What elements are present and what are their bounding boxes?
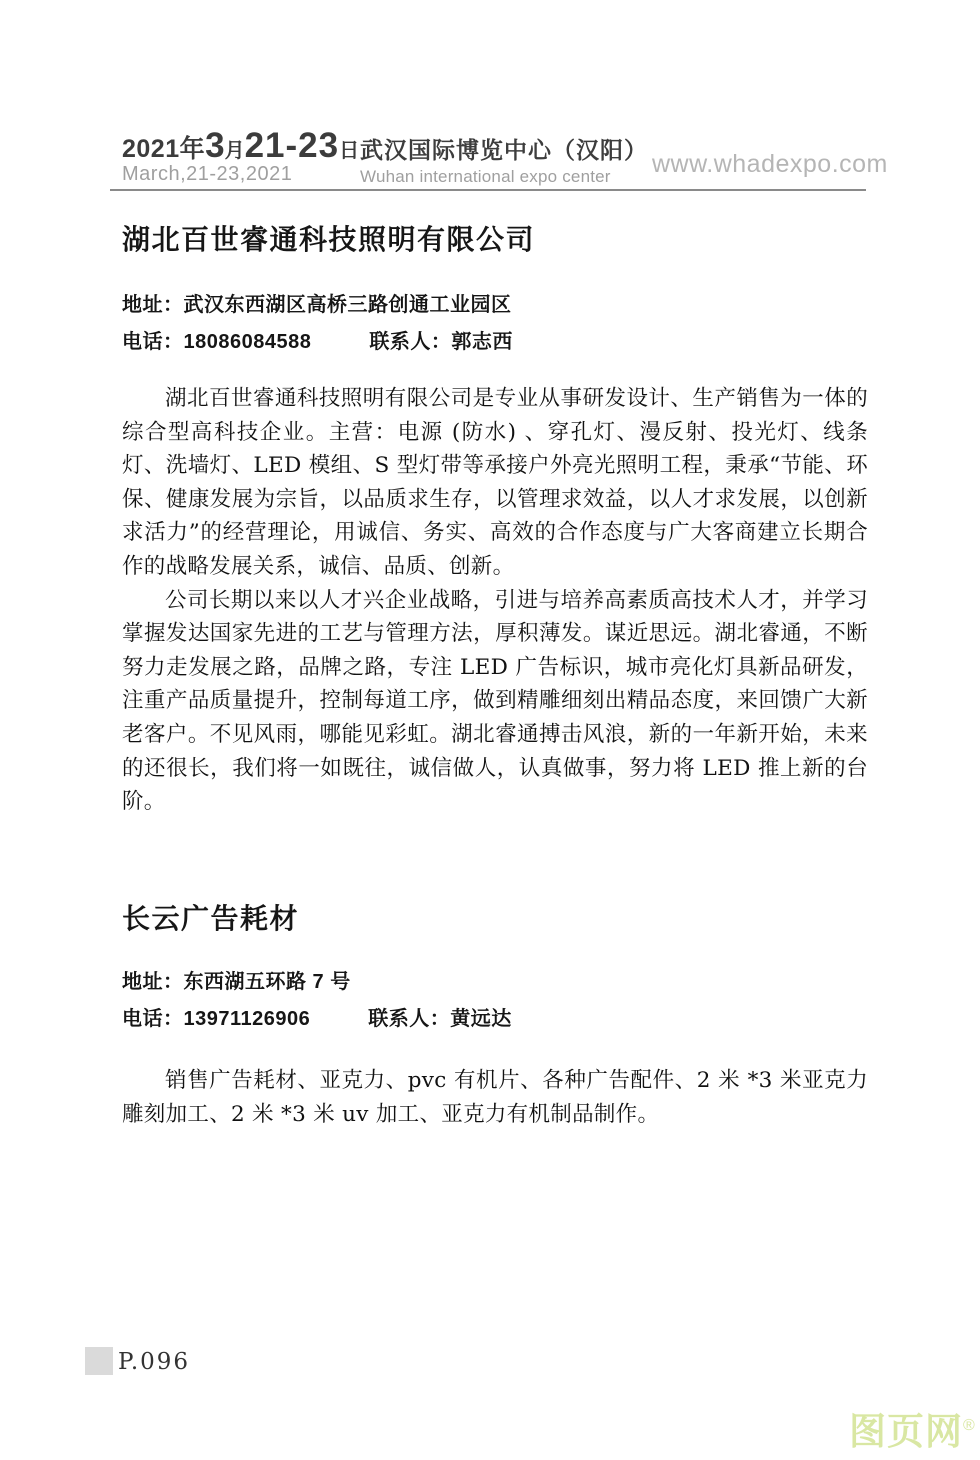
header-divider-line (110, 189, 866, 191)
company1-description: 湖北百世睿通科技照明有限公司是专业从事研发设计、生产销售为一体的综合型高科技企业… (122, 382, 868, 819)
registered-trademark-icon: ® (963, 1417, 975, 1434)
company2-paragraph-1: 销售广告耗材、亚克力、pvc 有机片、各种广告配件、2 米 *3 米亚克力雕刻加… (122, 1064, 868, 1131)
company1-address-row: 地址：武汉东西湖区高桥三路创通工业园区 (122, 287, 513, 324)
venue-name-cn: 武汉国际博览中心（汉阳） (360, 132, 648, 165)
company1-paragraph-1: 湖北百世睿通科技照明有限公司是专业从事研发设计、生产销售为一体的综合型高科技企业… (122, 382, 868, 584)
contact-label: 联系人： (369, 331, 451, 353)
phone-label: 电话： (122, 331, 184, 353)
watermark-text: 图页网 (849, 1411, 963, 1452)
date-month-unit: 月 (225, 134, 245, 163)
page-marker-square (85, 1347, 113, 1375)
page-number: P.096 (118, 1349, 190, 1375)
date-cn: 2021年3月21-23日 (122, 126, 359, 166)
company1-contact: 郭志西 (451, 331, 513, 353)
date-month-num: 3 (205, 126, 224, 166)
address-label: 地址： (122, 294, 184, 316)
phone-label: 电话： (122, 1008, 184, 1030)
address-label: 地址： (122, 971, 184, 993)
date-english: March,21-23,2021 (122, 163, 359, 186)
catalog-page: { "header": { "date": { "year": "2021年",… (0, 0, 980, 1460)
company2-details: 地址：东西湖五环路 7 号 电话：13971126906联系人：黄远达 (122, 964, 512, 1038)
company2-address-row: 地址：东西湖五环路 7 号 (122, 964, 512, 1001)
watermark-logo: 图页网® (849, 1401, 975, 1455)
company1-paragraph-2: 公司长期以来以人才兴企业战略，引进与培养高素质高技术人才，并学习掌握发达国家先进… (122, 584, 868, 819)
contact-label: 联系人： (368, 1008, 450, 1030)
company1-phone: 18086084588 (184, 331, 312, 353)
date-day-unit: 日 (339, 134, 359, 163)
header-date-block: 2021年3月21-23日 March,21-23,2021 (122, 126, 359, 186)
date-days: 21-23 (245, 126, 340, 166)
date-year: 2021年 (122, 129, 205, 165)
company2-description: 销售广告耗材、亚克力、pvc 有机片、各种广告配件、2 米 *3 米亚克力雕刻加… (122, 1064, 868, 1131)
expo-website-url: www.whadexpo.com (652, 150, 866, 179)
company2-phone: 13971126906 (184, 1008, 311, 1030)
company2-address: 东西湖五环路 7 号 (184, 971, 351, 993)
company2-phone-row: 电话：13971126906联系人：黄远达 (122, 1001, 512, 1038)
header-venue-block: 武汉国际博览中心（汉阳） Wuhan international expo ce… (360, 132, 648, 187)
venue-name-en: Wuhan international expo center (360, 167, 648, 187)
company2-name: 长云广告耗材 (122, 897, 299, 937)
company1-address: 武汉东西湖区高桥三路创通工业园区 (184, 294, 512, 316)
company2-contact: 黄远达 (450, 1008, 512, 1030)
company1-name: 湖北百世睿通科技照明有限公司 (122, 218, 535, 258)
company1-details: 地址：武汉东西湖区高桥三路创通工业园区 电话：18086084588联系人：郭志… (122, 287, 513, 361)
company1-phone-row: 电话：18086084588联系人：郭志西 (122, 324, 513, 361)
